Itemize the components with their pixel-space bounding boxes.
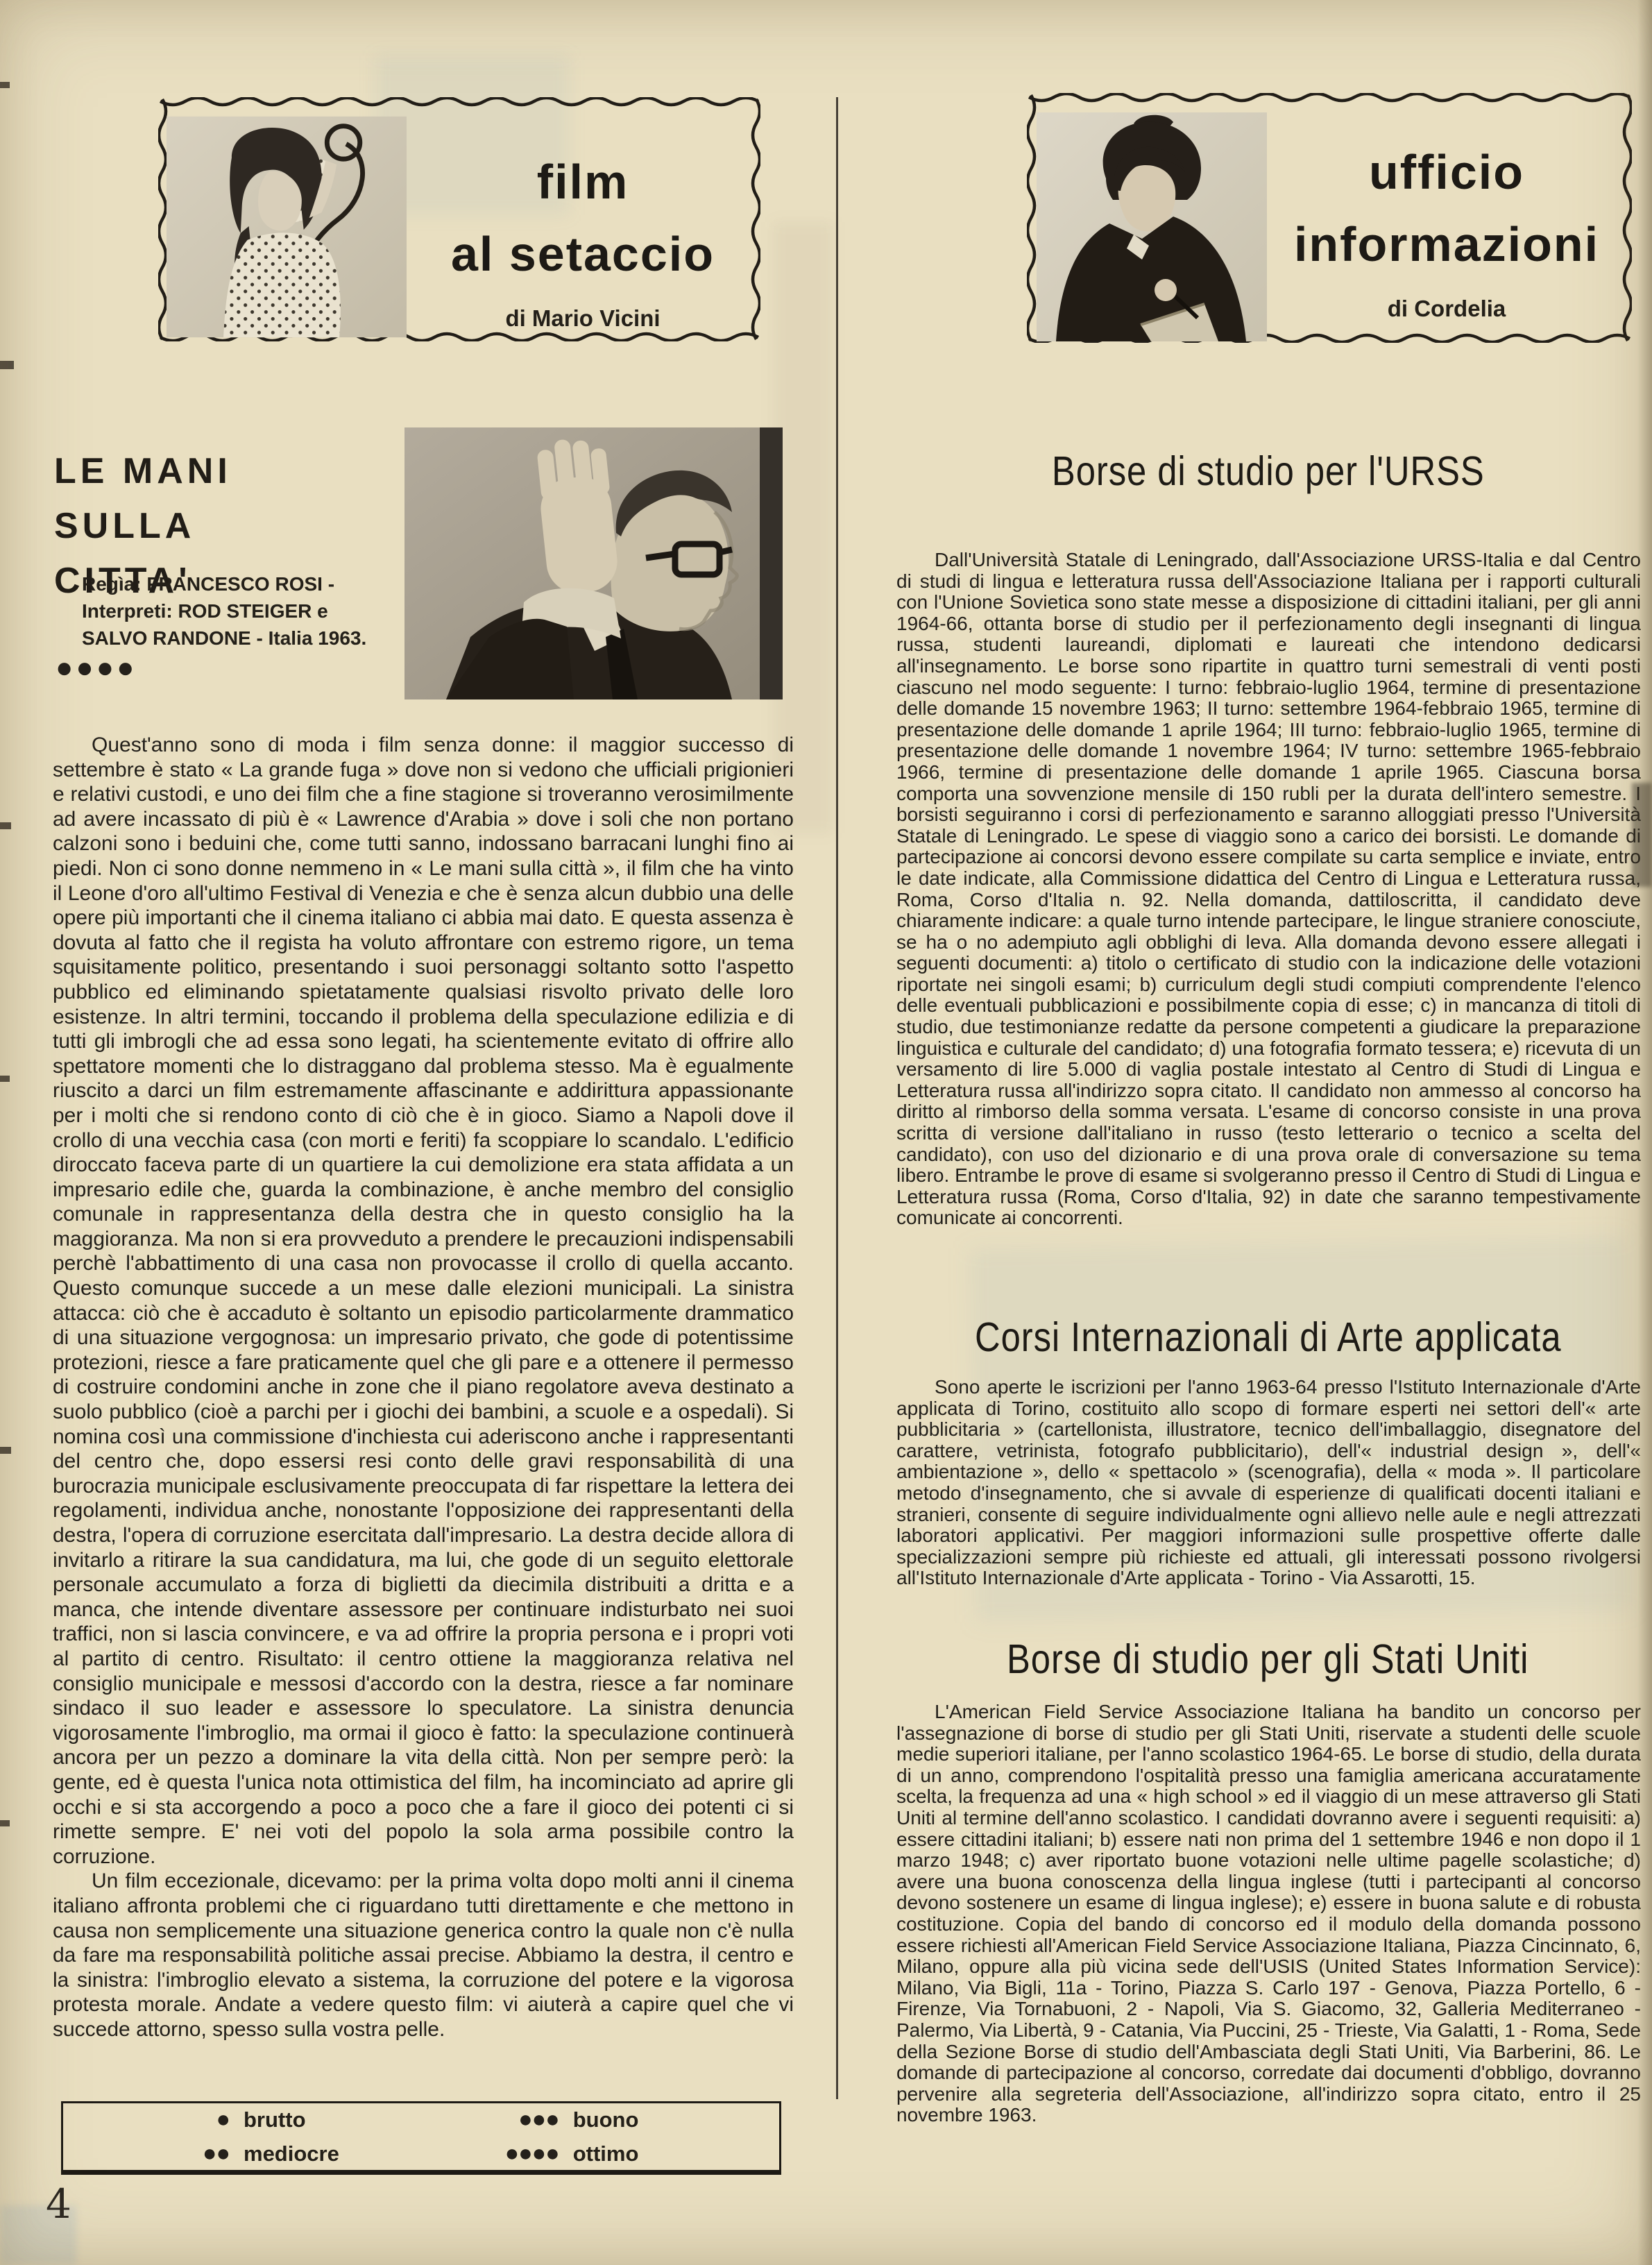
legend-dots: ●	[63, 2106, 230, 2133]
section-paragraph: Sono aperte le iscrizioni per l'anno 196…	[896, 1377, 1641, 1589]
film-header-box: film al setaccio di Mario Vicini	[158, 97, 760, 341]
review-paragraph-1: Quest'anno sono di moda i film senza don…	[53, 733, 794, 1869]
section-heading-text: Corsi Internazionali di Arte applicata	[975, 1314, 1562, 1361]
review-credits: Regìa: FRANCESCO ROSI - Interpreti: ROD …	[82, 570, 395, 652]
info-header-title-line1: ufficio	[1271, 136, 1622, 208]
review-paragraph-2: Un film eccezionale, dicevamo: per la pr…	[53, 1869, 794, 2042]
legend-dots: ●●	[63, 2140, 230, 2167]
girl-with-film-photo	[167, 115, 407, 339]
film-header-title-line2: al setaccio	[416, 218, 749, 290]
section-heading-urss: Borse di studio per l'URSS	[895, 450, 1641, 493]
section-body-arte-applicata: Sono aperte le iscrizioni per l'anno 196…	[896, 1377, 1641, 1589]
info-header-title-line2: informazioni	[1271, 208, 1622, 280]
section-paragraph: Dall'Università Statale di Leningrado, d…	[896, 550, 1641, 1229]
scan-edge-mark	[0, 82, 10, 88]
legend-item-mediocre: ●● mediocre	[63, 2140, 393, 2167]
legend-label: mediocre	[244, 2141, 339, 2166]
film-header-byline: di Mario Vicini	[416, 305, 749, 332]
scan-edge-mark	[0, 1820, 10, 1826]
section-paragraph: L'American Field Service Associazione It…	[896, 1702, 1641, 2126]
actor-oath-photo	[405, 427, 783, 699]
scan-edge-mark	[0, 1447, 11, 1454]
scan-edge-mark	[0, 1076, 10, 1082]
legend-label: buono	[573, 2107, 639, 2132]
info-header-box: ufficio informazioni di Cordelia	[1027, 93, 1632, 343]
reporter-photo	[1037, 112, 1267, 341]
legend-label: ottimo	[573, 2141, 639, 2166]
legend-dots: ●●●	[393, 2106, 559, 2133]
legend-label: brutto	[244, 2107, 306, 2132]
info-header-byline: di Cordelia	[1271, 296, 1622, 322]
legend-item-ottimo: ●●●● ottimo	[393, 2140, 779, 2167]
section-heading-text: Borse di studio per gli Stati Uniti	[1007, 1636, 1528, 1683]
scan-edge-mark	[0, 361, 14, 369]
legend-item-brutto: ● brutto	[63, 2106, 393, 2133]
legend-item-buono: ●●● buono	[393, 2106, 779, 2133]
column-divider-rule	[836, 97, 838, 2099]
page-number: 4	[46, 2180, 71, 2228]
review-title-line1: LE MANI	[54, 444, 232, 499]
review-rating-dots: ●●●●	[56, 651, 137, 684]
review-body: Quest'anno sono di moda i film senza don…	[53, 733, 794, 2042]
rating-legend-box: ● brutto ●●● buono ●● mediocre ●●●● otti…	[61, 2101, 781, 2175]
legend-dots: ●●●●	[393, 2140, 559, 2167]
magazine-page-scan: { "page": { "number": "4" }, "left_colum…	[0, 0, 1652, 2265]
film-header-title-block: film al setaccio di Mario Vicini	[416, 146, 749, 332]
section-heading-arte-applicata: Corsi Internazionali di Arte applicata	[895, 1316, 1641, 1359]
section-body-stati-uniti: L'American Field Service Associazione It…	[896, 1702, 1641, 2126]
scan-edge-mark	[0, 822, 11, 829]
info-header-title-block: ufficio informazioni di Cordelia	[1271, 136, 1622, 322]
film-header-title-line1: film	[416, 146, 749, 218]
review-title-line2: SULLA	[54, 499, 232, 554]
section-heading-stati-uniti: Borse di studio per gli Stati Uniti	[895, 1638, 1641, 1681]
section-body-urss: Dall'Università Statale di Leningrado, d…	[896, 550, 1641, 1229]
section-heading-text: Borse di studio per l'URSS	[1052, 448, 1485, 495]
